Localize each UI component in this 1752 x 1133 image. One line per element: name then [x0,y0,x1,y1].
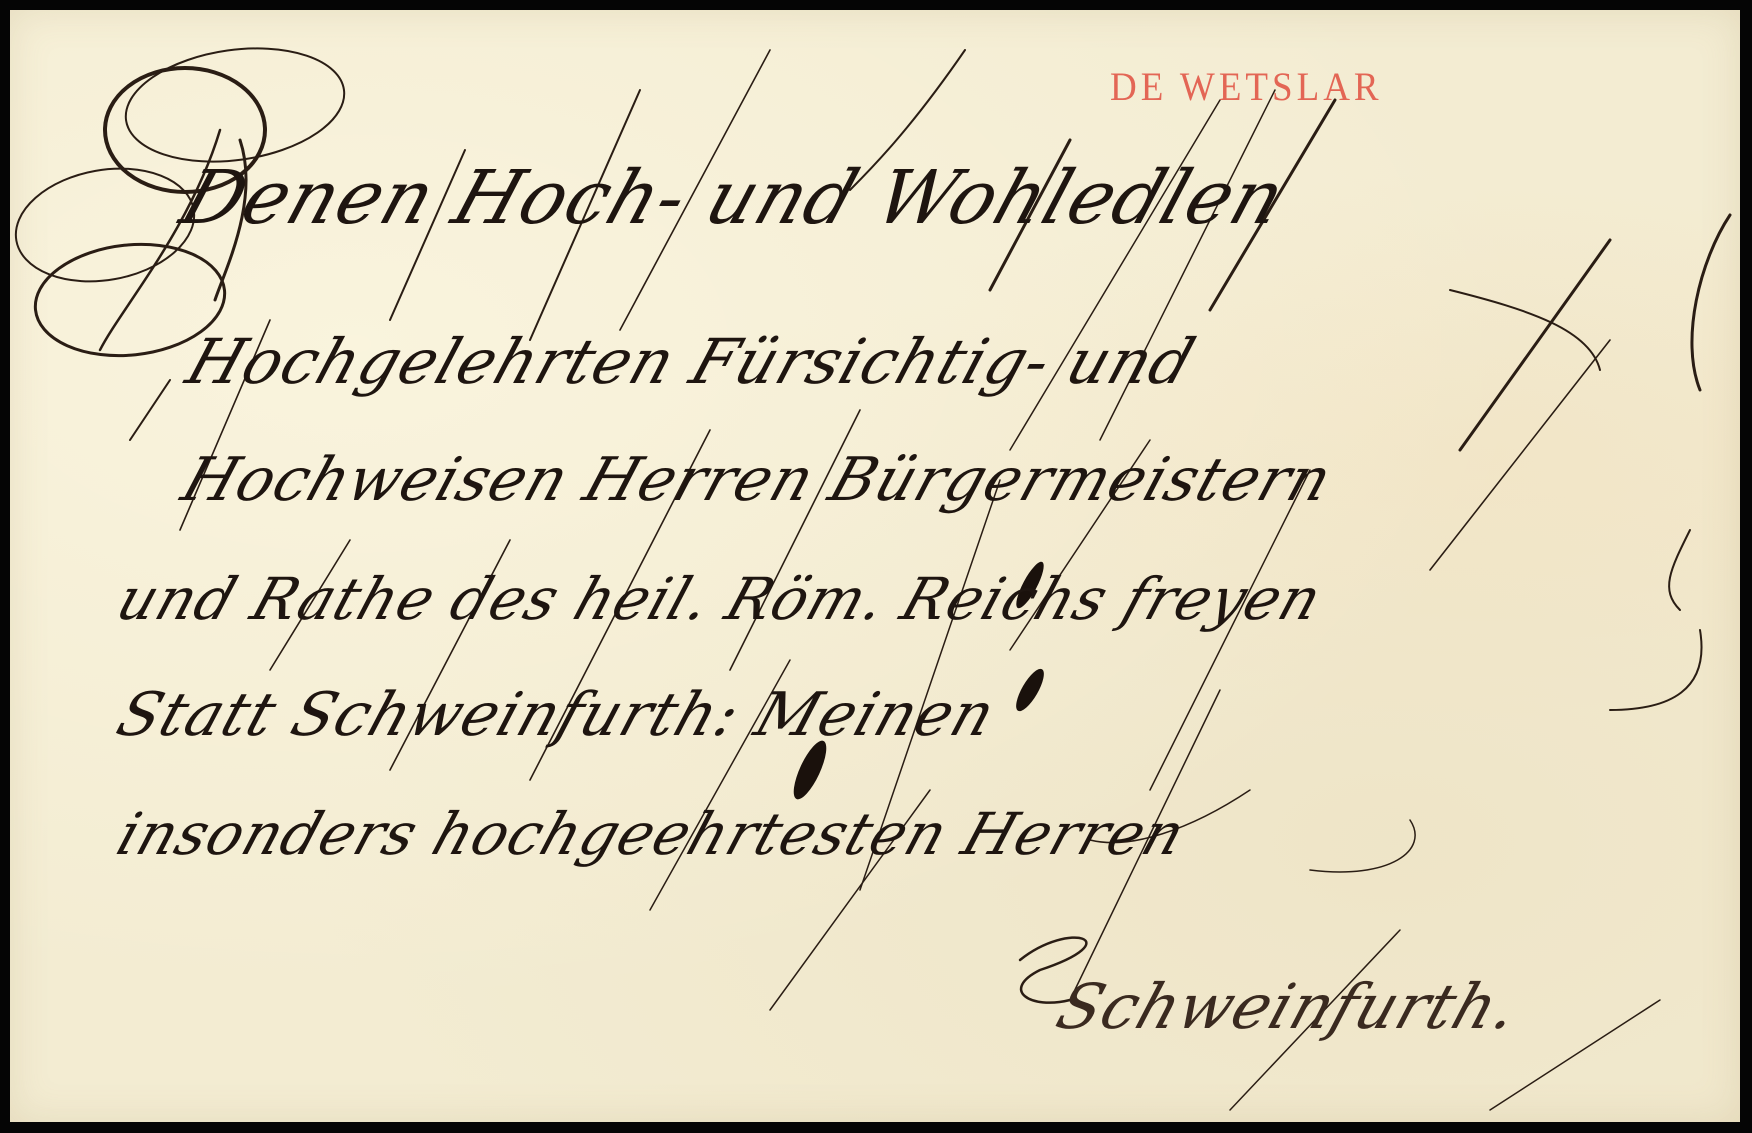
destination-city: Schweinfurth. [1048,970,1528,1043]
letter-paper: DE WETSLAR Denen Hoch- und Wohledlen Hoc… [10,10,1740,1122]
address-line-3: Hochweisen Herren Bürgermeistern [174,445,1341,515]
address-line-5: Statt Schweinfurth: Meinen [109,680,1005,750]
address-line-6: insonders hochgeehrtesten Herren [109,800,1194,868]
address-line-2: Hochgelehrten Fürsichtig- und [178,325,1204,398]
postmark-stamp: DE WETSLAR [1110,64,1383,110]
address-line-1: Denen Hoch- und Wohledlen [171,155,1296,241]
address-line-4: und Rathe des heil. Röm. Reichs freyen [109,565,1331,633]
